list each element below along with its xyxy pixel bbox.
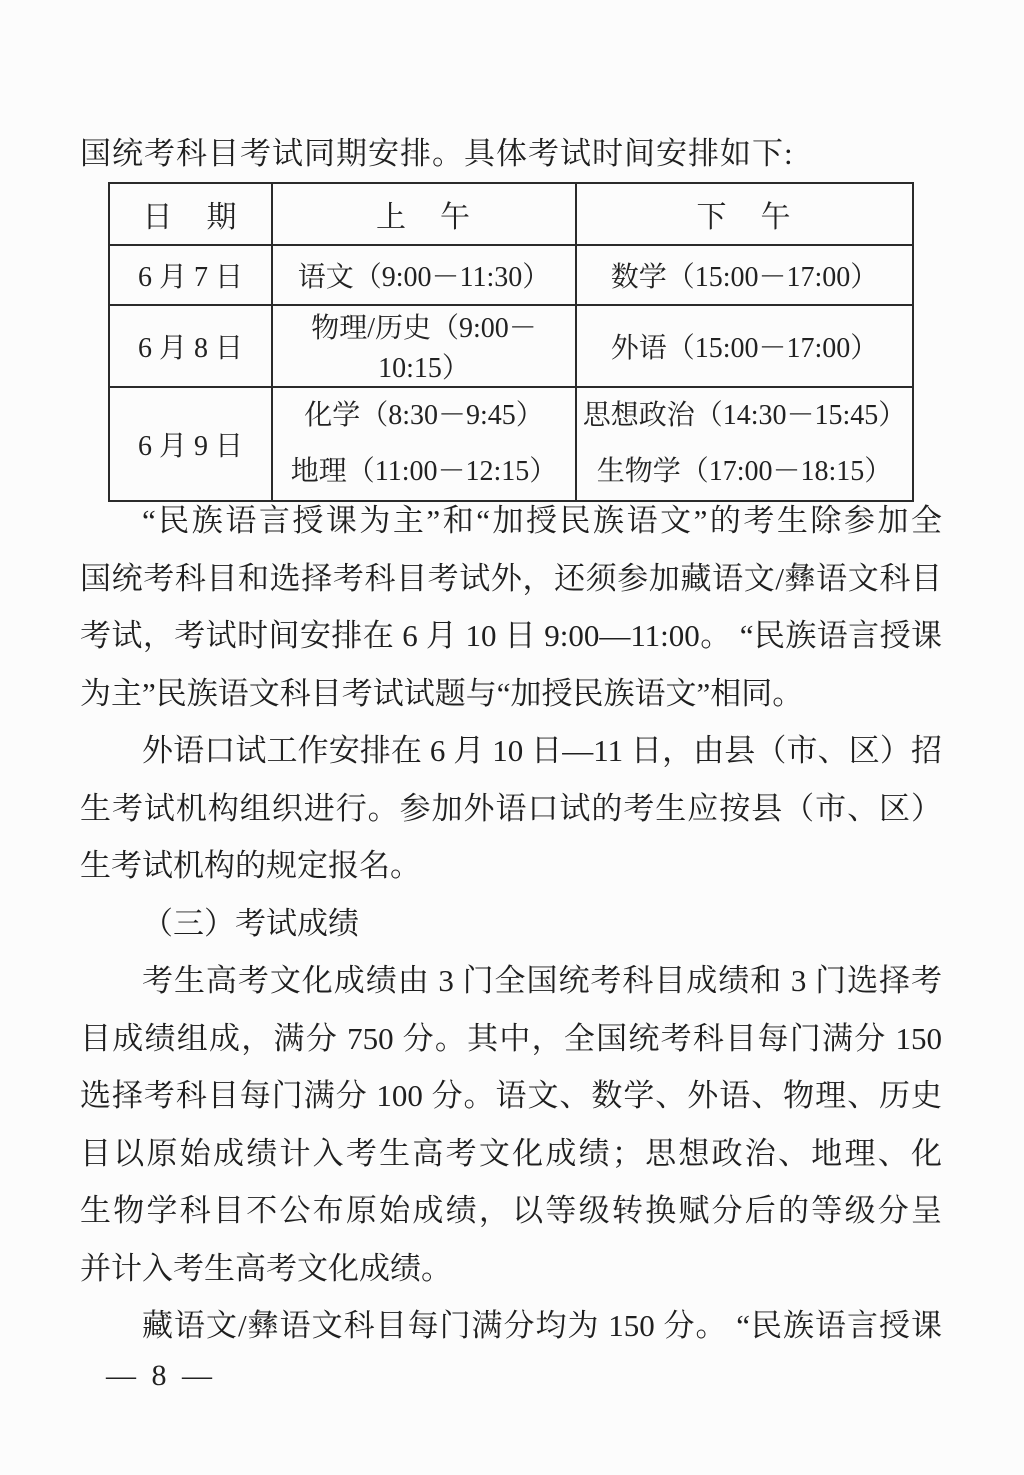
- paragraph-line: 外语口试工作安排在 6 月 10 日—11 日，由县（市、区）招: [80, 722, 942, 780]
- body-text: “民族语言授课为主”和“加授民族语文”的考生除参加全 国统考科目和选择考科目考试…: [80, 492, 942, 1355]
- paragraph-line: 并计入考生高考文化成绩。: [80, 1240, 942, 1298]
- table-cell-afternoon: 思想政治（14:30－15:45） 生物学（17:00－18:15）: [576, 387, 913, 501]
- exam-schedule-table: 日 期 上 午 下 午 6 月 7 日 语文（9:00－11:30） 数学（15…: [108, 182, 914, 502]
- paragraph-line: 考生高考文化成绩由 3 门全国统考科目成绩和 3 门选择考科: [80, 952, 942, 1010]
- table-header-date: 日 期: [109, 183, 272, 245]
- table-row: 6 月 7 日 语文（9:00－11:30） 数学（15:00－17:00）: [109, 245, 913, 305]
- afternoon-session-1: 思想政治（14:30－15:45）: [577, 388, 912, 444]
- table-cell-date: 6 月 9 日: [109, 387, 272, 501]
- table-cell-afternoon: 外语（15:00－17:00）: [576, 305, 913, 387]
- table-cell-afternoon: 数学（15:00－17:00）: [576, 245, 913, 305]
- paragraph-line: 考试，考试时间安排在 6 月 10 日 9:00—11:00。 “民族语言授课: [80, 607, 942, 665]
- paragraph-line: 为主”民族语文科目考试试题与“加授民族语文”相同。: [80, 665, 942, 723]
- table-row: 6 月 8 日 物理/历史（9:00－10:15） 外语（15:00－17:00…: [109, 305, 913, 387]
- paragraph-line: 目成绩组成，满分 750 分。其中，全国统考科目每门满分 150 分、: [80, 1010, 942, 1068]
- table-header-afternoon: 下 午: [576, 183, 913, 245]
- paragraph-line: 目以原始成绩计入考生高考文化成绩；思想政治、地理、化学、: [80, 1125, 942, 1183]
- table-cell-morning: 物理/历史（9:00－10:15）: [272, 305, 576, 387]
- page-number: — 8 —: [106, 1356, 216, 1396]
- table-row: 6 月 9 日 化学（8:30－9:45） 地理（11:00－12:15） 思想…: [109, 387, 913, 501]
- table-cell-date: 6 月 7 日: [109, 245, 272, 305]
- table-cell-morning: 化学（8:30－9:45） 地理（11:00－12:15）: [272, 387, 576, 501]
- paragraph-line: 生考试机构的规定报名。: [80, 837, 942, 895]
- morning-session-1: 化学（8:30－9:45）: [273, 388, 575, 444]
- section-heading: （三）考试成绩: [80, 895, 942, 953]
- table-cell-date: 6 月 8 日: [109, 305, 272, 387]
- paragraph-line: 选择考科目每门满分 100 分。语文、数学、外语、物理、历史科: [80, 1067, 942, 1125]
- intro-line: 国统考科目考试同期安排。具体考试时间安排如下:: [80, 134, 942, 174]
- paragraph-line: 生物学科目不公布原始成绩，以等级转换赋分后的等级分呈现，: [80, 1182, 942, 1240]
- paragraph-line: “民族语言授课为主”和“加授民族语文”的考生除参加全: [80, 492, 942, 550]
- document-page: 国统考科目考试同期安排。具体考试时间安排如下: 日 期 上 午 下 午 6 月 …: [0, 0, 1024, 1475]
- table-cell-morning: 语文（9:00－11:30）: [272, 245, 576, 305]
- paragraph-line: 国统考科目和选择考科目考试外，还须参加藏语文/彝语文科目: [80, 550, 942, 608]
- paragraph-line: 生考试机构组织进行。参加外语口试的考生应按县（市、区）招: [80, 780, 942, 838]
- table-header-morning: 上 午: [272, 183, 576, 245]
- paragraph-line: 藏语文/彝语文科目每门满分均为 150 分。 “民族语言授课: [80, 1297, 942, 1355]
- table-header-row: 日 期 上 午 下 午: [109, 183, 913, 245]
